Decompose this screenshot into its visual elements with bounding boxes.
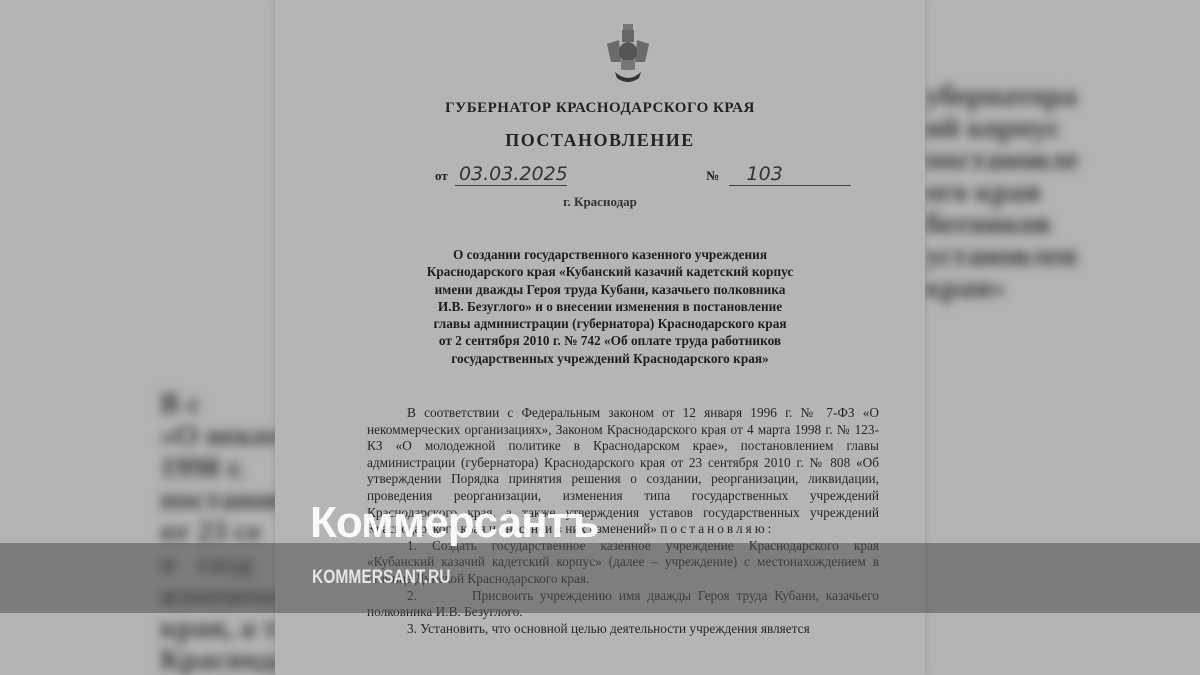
blurred-line — [160, 292, 280, 324]
title-line: Краснодарского края «Кубанский казачий к… — [400, 263, 820, 280]
resolve-word: постановляю: — [660, 521, 774, 536]
coat-of-arms-icon — [603, 22, 653, 86]
blurred-line — [160, 260, 280, 292]
blurred-line: края, а т — [160, 612, 280, 644]
document-date: 03.03.2025 — [455, 163, 567, 186]
title-line: О создании государственного казенного уч… — [400, 246, 820, 263]
blurred-line — [160, 196, 280, 228]
kommersant-logo: Коммерсантъ — [310, 498, 598, 548]
watermark-band — [0, 543, 1200, 613]
blurred-line: ботников — [925, 208, 1155, 240]
blurred-line: «О неком — [160, 420, 280, 452]
date-label: от — [435, 168, 448, 184]
blurred-background-right: убернатораий корпуспостановлеого краябот… — [925, 80, 1155, 304]
title-line: главы администрации (губернатора) Красно… — [400, 315, 820, 332]
blurred-line — [160, 356, 280, 388]
blurred-line — [160, 164, 280, 196]
blurred-line: ий корпус — [925, 112, 1155, 144]
blurred-line — [160, 228, 280, 260]
item-3: 3. Установить, что основной целью деятел… — [367, 621, 879, 638]
title-line: государственных учреждений Краснодарског… — [400, 350, 820, 367]
blurred-line: Краснодар — [160, 644, 280, 675]
title-line: от 2 сентября 2010 г. № 742 «Об оплате т… — [400, 332, 820, 349]
blurred-line: постановл — [160, 484, 280, 516]
blurred-line — [160, 132, 280, 164]
number-label: № — [706, 168, 719, 184]
blurred-line: 1998 г. — [160, 452, 280, 484]
blurred-line: убернатора — [925, 80, 1155, 112]
date-number-row: от 03.03.2025 № 103 — [435, 163, 851, 186]
blurred-line: края» — [925, 272, 1155, 304]
blurred-line — [160, 100, 280, 132]
blurred-line: постановле — [925, 144, 1155, 176]
blurred-line: В с — [160, 388, 280, 420]
document-number: 103 — [729, 163, 851, 186]
title-line: имени дважды Героя труда Кубани, казачье… — [400, 281, 820, 298]
blurred-line: ого края — [925, 176, 1155, 208]
city: г. Краснодар — [275, 194, 925, 210]
document-type: ПОСТАНОВЛЕНИЕ — [275, 130, 925, 151]
kommersant-site-link[interactable]: KOMMERSANT.RU — [312, 567, 450, 589]
title-line: И.В. Безуглого» и о внесении изменения в… — [400, 298, 820, 315]
blurred-line — [160, 324, 280, 356]
issuing-authority: ГУБЕРНАТОР КРАСНОДАРСКОГО КРАЯ — [275, 100, 925, 117]
document-title: О создании государственного казенного уч… — [400, 246, 820, 367]
blurred-line: установлен — [925, 240, 1155, 272]
